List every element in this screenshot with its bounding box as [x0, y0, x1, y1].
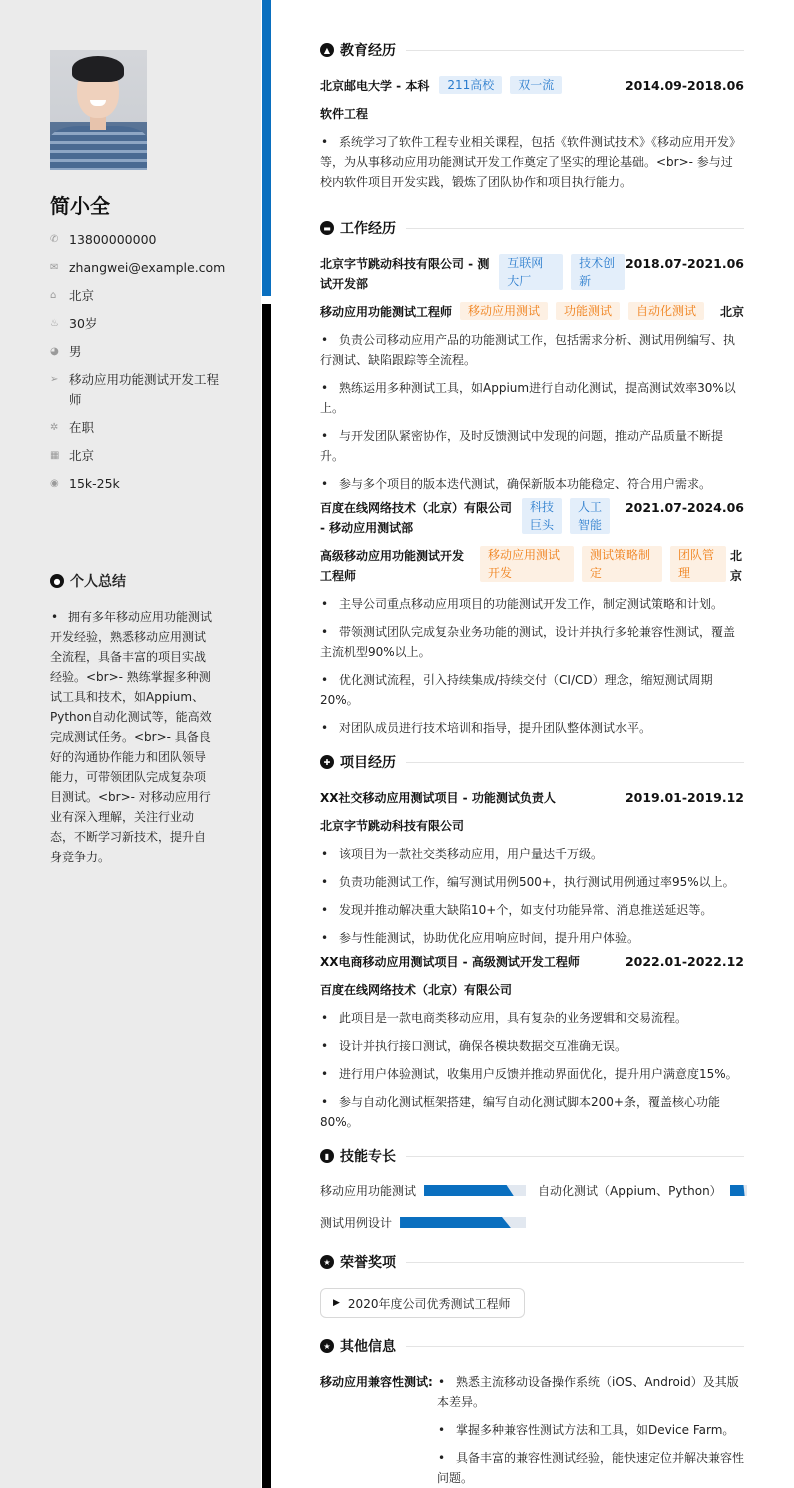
summary-text: •拥有多年移动应用功能测试开发经验，熟悉移动应用测试全流程，具备丰富的项目实战经… [50, 607, 215, 867]
awards-heading: ★ 荣誉奖项 [320, 1252, 744, 1272]
info-target-position: ➢移动应用功能测试开发工程师 [50, 370, 220, 410]
bullet-item: 此项目是一款电商类移动应用，具有复杂的业务逻辑和交易流程。 [320, 1008, 744, 1028]
job-date: 2021.07-2024.06 [625, 498, 744, 518]
bullet-item: 对团队成员进行技术培训和指导，提升团队整体测试水平。 [320, 718, 744, 738]
contact-info-list: ✆13800000000 ✉zhangwei@example.com ⌂北京 ♨… [50, 230, 220, 502]
bullet-item: 主导公司重点移动应用项目的功能测试开发工作，制定测试策略和计划。 [320, 594, 744, 614]
summary-heading: ● 个人总结 [50, 571, 126, 591]
phone-icon: ✆ [50, 230, 69, 250]
school-name: 北京邮电大学 - 本科 [320, 76, 429, 96]
salary-icon: ◉ [50, 474, 69, 494]
info-age: ♨30岁 [50, 314, 220, 334]
job-bullets: 主导公司重点移动应用项目的功能测试开发工作，制定测试策略和计划。 带领测试团队完… [320, 594, 744, 746]
project-bullets: 该项目为一款社交类移动应用，用户量达千万级。 负责功能测试工作，编写测试用例50… [320, 844, 744, 956]
skill-tag: 自动化测试 [628, 302, 704, 320]
project-row: XX社交移动应用测试项目 - 功能测试负责人 2019.01-2019.12 [320, 788, 744, 808]
bullet-item: 参与性能测试，协助优化应用响应时间，提升用户体验。 [320, 928, 744, 948]
info-phone: ✆13800000000 [50, 230, 220, 250]
job-city: 北京 [730, 546, 744, 586]
mail-icon: ✉ [50, 258, 69, 278]
section-divider [406, 1262, 744, 1263]
skill-bar [424, 1185, 526, 1196]
job-row: 百度在线网络技术（北京）有限公司 - 移动应用测试部 科技巨头 人工智能 202… [320, 498, 744, 538]
job-city: 北京 [720, 302, 744, 322]
skill-bar [400, 1217, 526, 1228]
skill-tag: 团队管理 [670, 546, 726, 582]
project-row: XX电商移动应用测试项目 - 高级测试开发工程师 2022.01-2022.12 [320, 952, 744, 972]
education-tag: 211高校 [439, 76, 502, 94]
section-divider [406, 1156, 744, 1157]
skill-item: 测试用例设计 [320, 1214, 526, 1231]
profile-photo [50, 50, 147, 170]
skill-name: 移动应用功能测试 [320, 1182, 416, 1199]
bullet-item: 带领测试团队完成复杂业务功能的测试，设计并执行多轮兼容性测试，覆盖主流机型90%… [320, 622, 744, 662]
info-location: ⌂北京 [50, 286, 220, 306]
accent-bar-black [262, 304, 271, 1488]
project-date: 2019.01-2019.12 [625, 788, 744, 808]
accent-bar-blue [262, 0, 271, 296]
info-status: ✲在职 [50, 418, 220, 438]
bullet-item: 参与多个项目的版本迭代测试，确保新版本功能稳定、符合用户需求。 [320, 474, 744, 494]
company-tag: 互联网大厂 [499, 254, 563, 290]
project-name: XX社交移动应用测试项目 - 功能测试负责人 [320, 788, 556, 808]
project-company: 百度在线网络技术（北京）有限公司 [320, 980, 512, 1000]
bullet-item: 设计并执行接口测试，确保各模块数据交互准确无误。 [320, 1036, 744, 1056]
job-row: 北京字节跳动科技有限公司 - 测试开发部 互联网大厂 技术创新 2018.07-… [320, 254, 744, 294]
status-icon: ✲ [50, 418, 69, 438]
company-tag: 科技巨头 [522, 498, 562, 534]
major-row: 软件工程 [320, 104, 744, 124]
send-icon: ➢ [50, 370, 69, 390]
briefcase-icon: ▬ [320, 221, 334, 235]
info-gender: ◕男 [50, 342, 220, 362]
other-heading: ★ 其他信息 [320, 1336, 744, 1356]
project-bullets: 此项目是一款电商类移动应用，具有复杂的业务逻辑和交易流程。 设计并执行接口测试，… [320, 1008, 744, 1140]
other-bullets: 熟悉主流移动设备操作系统（iOS、Android）及其版本差异。 掌握多种兼容性… [437, 1372, 744, 1488]
section-divider [406, 762, 744, 763]
bullet-item: 该项目为一款社交类移动应用，用户量达千万级。 [320, 844, 744, 864]
award-icon: ★ [320, 1255, 334, 1269]
skill-tag: 移动应用测试 [460, 302, 548, 320]
section-divider [406, 228, 744, 229]
info-icon: ★ [320, 1339, 334, 1353]
bullet-item: 掌握多种兼容性测试方法和工具，如Device Farm。 [437, 1420, 744, 1440]
job-date: 2018.07-2021.06 [625, 254, 744, 274]
bar-chart-icon: ▮ [320, 1149, 334, 1163]
skill-name: 自动化测试（Appium、Python） [538, 1182, 722, 1199]
education-tag: 双一流 [510, 76, 562, 94]
job-role: 移动应用功能测试工程师 [320, 302, 452, 322]
job-role: 高级移动应用功能测试开发工程师 [320, 546, 470, 586]
company-tag: 人工智能 [570, 498, 610, 534]
section-divider [406, 1346, 744, 1347]
bullet-item: 熟练运用多种测试工具，如Appium进行自动化测试，提高测试效率30%以上。 [320, 378, 744, 418]
bullet-item: 优化测试流程，引入持续集成/持续交付（CI/CD）理念，缩短测试周期20%。 [320, 670, 744, 710]
user-icon: ● [50, 574, 64, 588]
company-tag: 技术创新 [571, 254, 625, 290]
company-name: 百度在线网络技术（北京）有限公司 - 移动应用测试部 [320, 498, 516, 538]
graduation-cap-icon: ▲ [320, 43, 334, 57]
bullet-item: 系统学习了软件工程专业相关课程，包括《软件测试技术》《移动应用开发》等，为从事移… [320, 132, 744, 192]
bullet-item: 发现并推动解决重大缺陷10+个，如支付功能异常、消息推送延迟等。 [320, 900, 744, 920]
bullet-item: 参与自动化测试框架搭建，编写自动化测试脚本200+条，覆盖核心功能80%。 [320, 1092, 744, 1132]
info-salary: ◉15k-25k [50, 474, 220, 494]
education-row: 北京邮电大学 - 本科 211高校 双一流 2014.09-2018.06 [320, 76, 744, 96]
job-bullets: 负责公司移动应用产品的功能测试工作，包括需求分析、测试用例编写、执行测试、缺陷跟… [320, 330, 744, 502]
education-date: 2014.09-2018.06 [625, 76, 744, 96]
project-date: 2022.01-2022.12 [625, 952, 744, 972]
work-heading: ▬ 工作经历 [320, 218, 744, 238]
project-company-row: 北京字节跳动科技有限公司 [320, 816, 744, 836]
skill-tag: 测试策略制定 [582, 546, 662, 582]
skill-tag: 功能测试 [556, 302, 620, 320]
role-row: 移动应用功能测试工程师 移动应用测试 功能测试 自动化测试 北京 [320, 302, 744, 322]
major: 软件工程 [320, 104, 368, 124]
info-target-city: ▦北京 [50, 446, 220, 466]
role-row: 高级移动应用功能测试开发工程师 移动应用测试开发 测试策略制定 团队管理 北京 [320, 546, 744, 586]
info-email: ✉zhangwei@example.com [50, 258, 220, 278]
education-desc: 系统学习了软件工程专业相关课程，包括《软件测试技术》《移动应用开发》等，为从事移… [320, 132, 744, 200]
bullet-item: 熟悉主流移动设备操作系统（iOS、Android）及其版本差异。 [437, 1372, 744, 1412]
projects-heading: ✚ 项目经历 [320, 752, 744, 772]
project-name: XX电商移动应用测试项目 - 高级测试开发工程师 [320, 952, 580, 972]
skill-tag: 移动应用测试开发 [480, 546, 574, 582]
bullet-item: 负责公司移动应用产品的功能测试工作，包括需求分析、测试用例编写、执行测试、缺陷跟… [320, 330, 744, 370]
home-icon: ⌂ [50, 286, 69, 306]
education-heading: ▲ 教育经历 [320, 40, 744, 60]
company-name: 北京字节跳动科技有限公司 - 测试开发部 [320, 254, 491, 294]
project-company: 北京字节跳动科技有限公司 [320, 816, 464, 836]
award-item[interactable]: ▶ 2020年度公司优秀测试工程师 [320, 1288, 525, 1318]
bullet-item: 进行用户体验测试，收集用户反馈并推动界面优化，提升用户满意度15%。 [320, 1064, 744, 1084]
triangle-right-icon: ▶ [333, 1298, 340, 1308]
section-divider [406, 50, 744, 51]
grid-icon: ✚ [320, 755, 334, 769]
building-icon: ▦ [50, 446, 69, 466]
bullet-item: 负责功能测试工作，编写测试用例500+，执行测试用例通过率95%以上。 [320, 872, 744, 892]
gender-icon: ◕ [50, 342, 69, 362]
skill-bar [730, 1185, 747, 1196]
skills-heading: ▮ 技能专长 [320, 1146, 744, 1166]
bullet-item: 与开发团队紧密协作，及时反馈测试中发现的问题，推动产品质量不断提升。 [320, 426, 744, 466]
project-company-row: 百度在线网络技术（北京）有限公司 [320, 980, 744, 1000]
cake-icon: ♨ [50, 314, 69, 334]
skill-name: 测试用例设计 [320, 1214, 392, 1231]
other-label: 移动应用兼容性测试: [320, 1372, 433, 1392]
bullet-item: 具备丰富的兼容性测试经验，能快速定位并解决兼容性问题。 [437, 1448, 744, 1488]
skill-item: 移动应用功能测试 自动化测试（Appium、Python） [320, 1182, 747, 1199]
profile-name: 简小全 [50, 190, 110, 219]
